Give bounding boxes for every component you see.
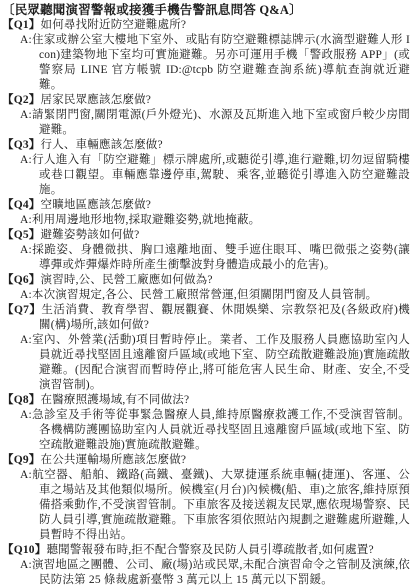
qa-item: 【Q2】居家民眾應該怎麼做? A:請緊閉門窗,關閉電源(戶外燈光)、水源及瓦斯進… [2, 93, 410, 138]
answer-label: A: [20, 334, 32, 346]
question-label: 【Q5】 [2, 229, 41, 241]
qa-item: 【Q4】空曠地區應該怎麼做? A:利用周邊地形地物,採取避難姿勢,就地掩蔽。 [2, 198, 410, 228]
answer-line: A:航空器、船舶、鐵路(高鐵、臺鐵)、大眾捷運系統車輛(捷運)、客運、公車之場站… [2, 468, 410, 543]
question-line: 【Q1】如何尋找附近防空避難處所? [2, 18, 410, 33]
question-line: 【Q9】在公共運輸場所應該怎麼做? [2, 453, 410, 468]
answer-text: 本次演習規定,各公、民營工廠照常營運,但須關閉門窗及人員管制。 [32, 289, 377, 301]
answer-label: A: [20, 34, 32, 46]
answer-label: A: [20, 109, 32, 121]
answer-text: 急診室及手術等從事緊急醫療人員,維持原醫療救護工作,不受演習管制。各機構防護團協… [32, 409, 410, 451]
qa-item: 【Q8】在醫療照護場域,有不同做法? A:急診室及手術等從事緊急醫療人員,維持原… [2, 393, 410, 453]
answer-label: A: [20, 154, 32, 166]
question-label: 【Q3】 [2, 139, 41, 151]
answer-label: A: [20, 214, 32, 226]
question-label: 【Q4】 [2, 199, 41, 211]
question-text: 如何尋找附近防空避難處所? [41, 19, 187, 31]
qa-item: 【Q1】如何尋找附近防空避難處所? A:住家或辦公室大樓地下室外、或貼有防空避難… [2, 18, 410, 93]
answer-text: 室內、外營業(活動)項目暫時停止。業者、工作及服務人員應協助室內人員就近尋找堅固… [32, 334, 410, 391]
qa-item: 【Q7】生活消費、教育學習、觀展觀賽、休閒娛樂、宗教祭祀及(各級政府)機關(構)… [2, 303, 410, 393]
qa-item: 【Q6】演習時,公、民營工廠應如何做為? A:本次演習規定,各公、民營工廠照常營… [2, 273, 410, 303]
question-text: 生活消費、教育學習、觀展觀賽、休閒娛樂、宗教祭祀及(各級政府)機關(構)場所,該… [39, 304, 410, 331]
question-line: 【Q2】居家民眾應該怎麼做? [2, 93, 410, 108]
question-label: 【Q7】 [2, 304, 41, 316]
question-text: 在公共運輸場所應該怎麼做? [41, 454, 187, 466]
question-text: 行人、車輛應該怎麼做? [41, 139, 163, 151]
answer-line: A:住家或辦公室大樓地下室外、或貼有防空避難標誌牌示(水滴型避難人形 Icon)… [2, 33, 410, 93]
answer-text: 航空器、船舶、鐵路(高鐵、臺鐵)、大眾捷運系統車輛(捷運)、客運、公車之場站及其… [32, 469, 410, 541]
question-line: 【Q8】在醫療照護場域,有不同做法? [2, 393, 410, 408]
answer-text: 住家或辦公室大樓地下室外、或貼有防空避難標誌牌示(水滴型避難人形 Icon)建築… [32, 34, 410, 91]
answer-label: A: [20, 244, 32, 256]
answer-text: 採跪姿、身體微拱、胸口遠離地面、雙手遮住眼耳、嘴巴微張之姿勢(讓導彈或炸彈爆炸時… [32, 244, 410, 271]
question-text: 居家民眾應該怎麼做? [41, 94, 152, 106]
question-label: 【Q8】 [2, 394, 41, 406]
document-page: 〔民眾聽聞演習警報或接獲手機告警訊息問答 Q&A〕 【Q1】如何尋找附近防空避難… [0, 0, 417, 585]
answer-line: A:演習地區之團體、公司、廠(場)站或民眾,未配合演習命令之管制及演練,依民防法… [2, 558, 410, 585]
answer-text: 請緊閉門窗,關閉電源(戶外燈光)、水源及瓦斯進入地下室或窗戶較少房間避難。 [32, 109, 410, 136]
question-line: 【Q7】生活消費、教育學習、觀展觀賽、休閒娛樂、宗教祭祀及(各級政府)機關(構)… [2, 303, 410, 333]
answer-text: 利用周邊地形地物,採取避難姿勢,就地掩蔽。 [32, 214, 260, 226]
answer-line: A:室內、外營業(活動)項目暫時停止。業者、工作及服務人員應協助室內人員就近尋找… [2, 333, 410, 393]
question-text: 演習時,公、民營工廠應如何做為? [41, 274, 213, 286]
qa-item: 【Q3】行人、車輛應該怎麼做? A:行人進入有「防空避難」標示牌處所,或聽從引導… [2, 138, 410, 198]
qa-item: 【Q9】在公共運輸場所應該怎麼做? A:航空器、船舶、鐵路(高鐵、臺鐵)、大眾捷… [2, 453, 410, 543]
question-label: 【Q1】 [2, 19, 41, 31]
document-title: 〔民眾聽聞演習警報或接獲手機告警訊息問答 Q&A〕 [2, 3, 410, 18]
question-label: 【Q6】 [2, 274, 41, 286]
question-line: 【Q5】避難姿勢該如何做? [2, 228, 410, 243]
answer-line: A:利用周邊地形地物,採取避難姿勢,就地掩蔽。 [2, 213, 410, 228]
question-label: 【Q9】 [2, 454, 41, 466]
question-text: 在醫療照護場域,有不同做法? [41, 394, 190, 406]
answer-label: A: [20, 559, 32, 571]
question-line: 【Q4】空曠地區應該怎麼做? [2, 198, 410, 213]
question-text: 聽聞警報發布時,拒不配合警察及民防人員引導疏散者,如何處置? [46, 544, 373, 556]
qa-item: 【Q10】聽聞警報發布時,拒不配合警察及民防人員引導疏散者,如何處置? A:演習… [2, 543, 410, 585]
answer-line: A:行人進入有「防空避難」標示牌處所,或聽從引導,進行避難,切勿逗留騎樓或巷口觀… [2, 153, 410, 198]
answer-text: 行人進入有「防空避難」標示牌處所,或聽從引導,進行避難,切勿逗留騎樓或巷口觀望。… [32, 154, 410, 196]
question-line: 【Q10】聽聞警報發布時,拒不配合警察及民防人員引導疏散者,如何處置? [2, 543, 410, 558]
answer-label: A: [20, 469, 32, 481]
question-line: 【Q3】行人、車輛應該怎麼做? [2, 138, 410, 153]
qa-item: 【Q5】避難姿勢該如何做? A:採跪姿、身體微拱、胸口遠離地面、雙手遮住眼耳、嘴… [2, 228, 410, 273]
question-line: 【Q6】演習時,公、民營工廠應如何做為? [2, 273, 410, 288]
answer-line: A:採跪姿、身體微拱、胸口遠離地面、雙手遮住眼耳、嘴巴微張之姿勢(讓導彈或炸彈爆… [2, 243, 410, 273]
question-text: 空曠地區應該怎麼做? [41, 199, 152, 211]
answer-text: 演習地區之團體、公司、廠(場)站或民眾,未配合演習命令之管制及演練,依民防法第 … [32, 559, 410, 585]
answer-label: A: [20, 409, 32, 421]
answer-label: A: [20, 289, 32, 301]
question-label: 【Q2】 [2, 94, 41, 106]
answer-line: A:請緊閉門窗,關閉電源(戶外燈光)、水源及瓦斯進入地下室或窗戶較少房間避難。 [2, 108, 410, 138]
answer-line: A:急診室及手術等從事緊急醫療人員,維持原醫療救護工作,不受演習管制。各機構防護… [2, 408, 410, 453]
question-text: 避難姿勢該如何做? [41, 229, 140, 241]
answer-line: A:本次演習規定,各公、民營工廠照常營運,但須關閉門窗及人員管制。 [2, 288, 410, 303]
question-label: 【Q10】 [2, 544, 46, 556]
